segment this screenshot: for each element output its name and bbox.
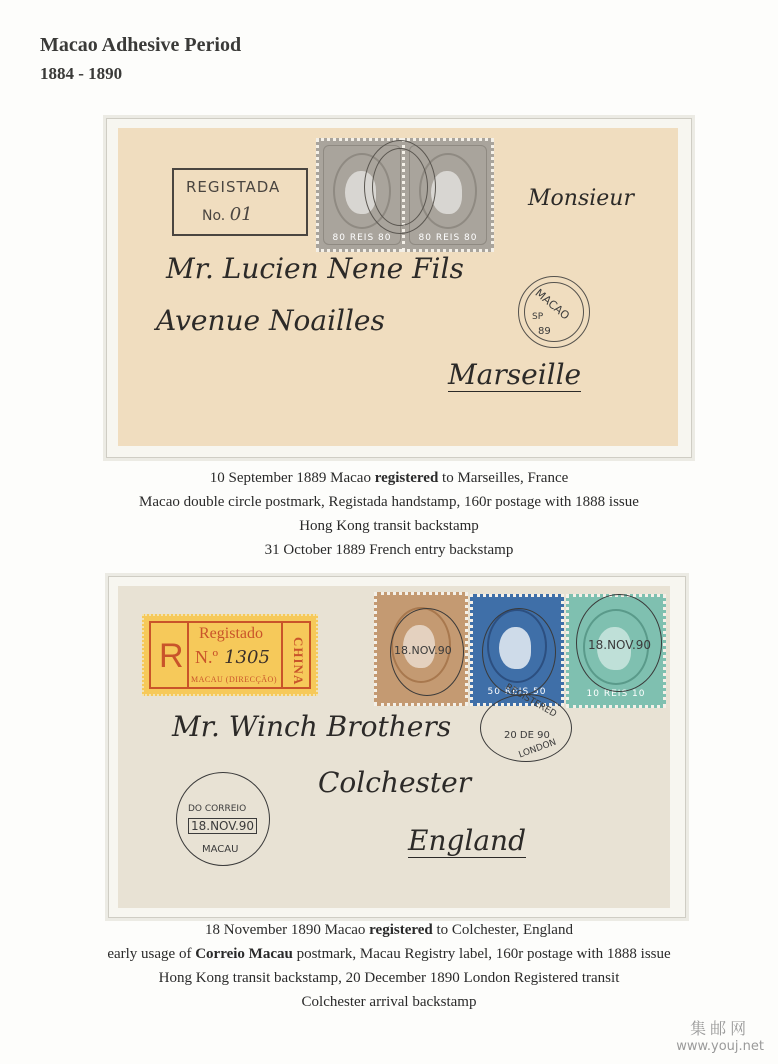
cover-1-caption-line-4: 31 October 1889 French entry backstamp — [0, 538, 778, 562]
address-line-3: Avenue Noailles — [156, 304, 385, 337]
watermark-url: www.youj.net — [676, 1039, 764, 1054]
london-date: 20 DE 90 — [504, 730, 550, 741]
registry-title: Registado — [199, 625, 263, 643]
correio-postmark-date-3: 18.NOV.90 — [588, 638, 651, 652]
correio-postmark-city: MACAU — [202, 844, 238, 855]
page-subtitle: 1884 - 1890 — [40, 64, 122, 84]
macau-registry-label: R Registado N.º1305 MACAU (DIRECÇÃO) CHI… — [142, 614, 318, 696]
cover-1-caption: 10 September 1889 Macao registered to Ma… — [0, 466, 778, 562]
macao-postmark-year: 89 — [538, 326, 551, 337]
registada-number: No. 01 — [202, 204, 253, 225]
site-watermark: 集邮网 www.youj.net — [676, 1016, 764, 1054]
cover-2-caption-line-4: Colchester arrival backstamp — [0, 990, 778, 1014]
registry-number: N.º1305 — [195, 647, 270, 668]
address-line-3: England — [408, 824, 526, 858]
registry-letter: R — [159, 637, 184, 676]
postmark-on-stamps-inner — [372, 148, 428, 226]
correio-postmark-date-main: 18.NOV.90 — [188, 818, 257, 834]
correio-postmark-mid: DO CORREIO — [188, 804, 246, 814]
cover-2-envelope: R Registado N.º1305 MACAU (DIRECÇÃO) CHI… — [118, 586, 670, 908]
registry-country: CHINA — [290, 637, 306, 685]
cover-1-caption-line-1: 10 September 1889 Macao registered to Ma… — [0, 466, 778, 490]
address-line-4: Marseille — [448, 358, 581, 392]
correio-postmark-date-1: 18.NOV.90 — [394, 644, 452, 657]
cover-2-caption-line-2: early usage of Correio Macau postmark, M… — [0, 942, 778, 966]
cover-2-caption: 18 November 1890 Macao registered to Col… — [0, 918, 778, 1014]
macao-postmark-date: SP — [532, 312, 543, 322]
address-line-2: Colchester — [318, 766, 471, 799]
address-line-2: Mr. Lucien Nene Fils — [166, 252, 464, 285]
address-line-1: Mr. Winch Brothers — [172, 710, 451, 743]
correio-postmark-stamp-2 — [482, 608, 556, 696]
registada-label: REGISTADA — [186, 178, 280, 196]
cover-2-caption-line-3: Hong Kong transit backstamp, 20 December… — [0, 966, 778, 990]
cover-2-caption-line-1: 18 November 1890 Macao registered to Col… — [0, 918, 778, 942]
cover-1-envelope: REGISTADA No. 01 80 REIS 80 80 REIS 80 M… — [118, 128, 678, 446]
watermark-chinese: 集邮网 — [676, 1016, 764, 1039]
page-title: Macao Adhesive Period — [40, 34, 241, 57]
registada-handstamp: REGISTADA No. 01 — [172, 168, 308, 236]
cover-1-caption-line-3: Hong Kong transit backstamp — [0, 514, 778, 538]
address-line-1: Monsieur — [528, 186, 634, 211]
registry-office: MACAU (DIRECÇÃO) — [191, 675, 277, 684]
cover-1-caption-line-2: Macao double circle postmark, Registada … — [0, 490, 778, 514]
